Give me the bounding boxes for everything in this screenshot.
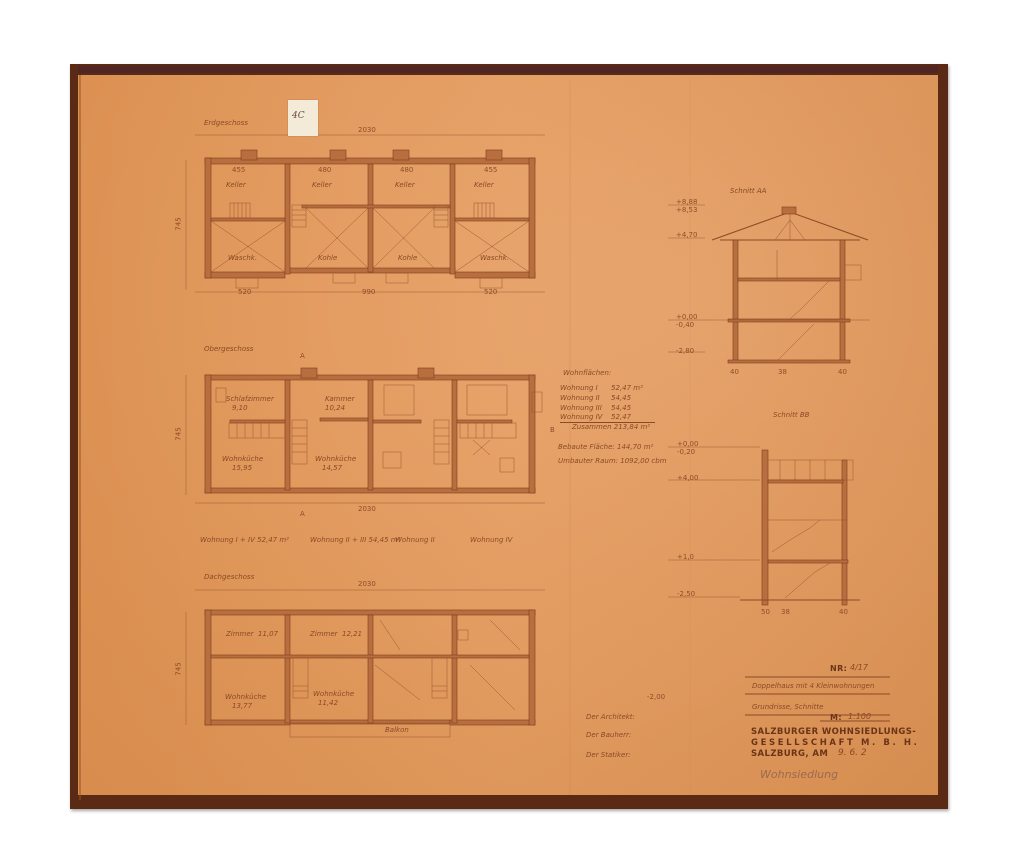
level-label: +8,53: [676, 206, 697, 214]
drawing-subject: Grundrisse, Schnitte: [752, 703, 823, 711]
areas-total: Zusammen 213,84 m²: [572, 423, 650, 431]
room-label: Wohnküche: [225, 693, 266, 701]
room-label: Keller: [474, 181, 494, 189]
paper-tag: 4C: [288, 100, 318, 136]
areas-row-label: Wohnung III: [560, 404, 602, 412]
first-floor-plan: [186, 368, 545, 503]
enclosed-volume: Umbauter Raum: 1092,00 cbm: [558, 457, 667, 465]
room-label: Kohle: [318, 254, 337, 262]
base-dim: 40: [839, 608, 848, 616]
paper-tag-text: 4C: [292, 111, 305, 121]
room-area: 11,42: [318, 699, 338, 707]
room-area: 9,10: [232, 404, 248, 412]
base-dim: 38: [778, 368, 787, 376]
room-label: Wohnküche: [313, 690, 354, 698]
first-floor-depth: 745: [175, 427, 183, 440]
room-label: Keller: [395, 181, 415, 189]
ground-dim-right: 520: [484, 288, 497, 296]
room-area: 13,77: [232, 702, 252, 710]
areas-row-label: Wohnung IV: [560, 413, 602, 421]
level-label: +4,00: [677, 474, 698, 482]
room-label: Waschk.: [228, 254, 257, 262]
signature-line-engineer: Der Statiker:: [586, 751, 631, 759]
areas-row-value: 54,45: [611, 404, 631, 412]
base-dim: 40: [730, 368, 739, 376]
areas-row-value: 52,47: [611, 413, 631, 421]
attic-floor-plan: [186, 590, 545, 737]
section-aa-drawing: [668, 205, 870, 363]
ground-floor-depth: 745: [175, 217, 183, 230]
level-label: +1,0: [677, 553, 694, 561]
areas-row-label: Wohnung I: [560, 384, 598, 392]
areas-title: Wohnflächen:: [563, 369, 611, 377]
section-bb-drawing: [668, 447, 860, 605]
unit-area-label: Wohnung II + III 54,45 m²: [310, 536, 400, 544]
room-label: Keller: [312, 181, 332, 189]
first-floor-width: 2030: [358, 505, 376, 513]
balcony-label: Balkon: [385, 726, 409, 734]
areas-row-label: Wohnung II: [560, 394, 600, 402]
ground-floor-title: Erdgeschoss: [204, 119, 248, 127]
base-dim: 38: [781, 608, 790, 616]
ground-dim-top-3: 480: [400, 166, 413, 174]
level-label: -2,80: [676, 347, 694, 355]
room-label: Kohle: [398, 254, 417, 262]
ground-dim-top-4: 455: [484, 166, 497, 174]
level-label: -0,40: [676, 321, 694, 329]
ground-dim-left: 520: [238, 288, 251, 296]
scale-label: M:: [830, 713, 842, 722]
signature: Wohnsiedlung: [760, 768, 838, 781]
room-area: 10,24: [325, 404, 345, 412]
ground-dim-mid: 990: [362, 288, 375, 296]
section-marker-a-bottom: A: [300, 510, 305, 518]
unit-area-label: Wohnung IV: [470, 536, 512, 544]
level-label: +4,70: [676, 231, 697, 239]
areas-row-value: 52,47 m²: [611, 384, 643, 392]
ground-floor-plan: [186, 135, 545, 292]
room-area: 11,07: [258, 630, 278, 638]
number-label: NR:: [830, 664, 847, 673]
company-line-3: SALZBURG, AM: [751, 749, 828, 759]
unit-area-label: Wohnung II: [395, 536, 435, 544]
built-area: Bebaute Fläche: 144,70 m²: [558, 443, 653, 451]
signature-line-architect: Der Architekt:: [586, 713, 635, 721]
attic-floor-title: Dachgeschoss: [204, 573, 254, 581]
level-label: -0,20: [677, 448, 695, 456]
room-area: 14,57: [322, 464, 342, 472]
room-label: Zimmer: [310, 630, 338, 638]
project-title: Doppelhaus mit 4 Kleinwohnungen: [752, 682, 874, 690]
section-bb-title: Schnitt BB: [773, 411, 809, 419]
ground-dim-top-1: 455: [232, 166, 245, 174]
room-label: Kammer: [325, 395, 354, 403]
room-label: Wohnküche: [222, 455, 263, 463]
signature-line-owner: Der Bauherr:: [586, 731, 631, 739]
level-label: +0,00: [676, 313, 697, 321]
scale-value: 1:100: [848, 712, 871, 721]
areas-row-value: 54,45: [611, 394, 631, 402]
attic-floor-width: 2030: [358, 580, 376, 588]
base-dim: 40: [838, 368, 847, 376]
room-area: 12,21: [342, 630, 362, 638]
level-label: -2,50: [677, 590, 695, 598]
room-label: Zimmer: [226, 630, 254, 638]
ground-floor-width: 2030: [358, 126, 376, 134]
ground-dim-top-2: 480: [318, 166, 331, 174]
height-note: -2,00: [647, 693, 665, 701]
room-label: Wohnküche: [315, 455, 356, 463]
room-label: Keller: [226, 181, 246, 189]
room-area: 15,95: [232, 464, 252, 472]
room-label: Waschk.: [480, 254, 509, 262]
level-label: +8,88: [676, 198, 697, 206]
number-value: 4/17: [850, 663, 868, 672]
date-value: 9. 6. 2: [838, 748, 867, 758]
section-aa-title: Schnitt AA: [730, 187, 766, 195]
attic-floor-depth: 745: [175, 662, 183, 675]
base-dim: 50: [761, 608, 770, 616]
section-marker-a: A: [300, 352, 305, 360]
section-marker-b: B: [550, 426, 555, 434]
level-label: +0,00: [677, 440, 698, 448]
company-line-2: GESELLSCHAFT M. B. H.: [751, 738, 919, 748]
room-label: Schlafzimmer: [226, 395, 274, 403]
unit-area-label: Wohnung I + IV 52,47 m²: [200, 536, 289, 544]
company-line-1: SALZBURGER WOHNSIEDLUNGS-: [751, 727, 916, 737]
first-floor-title: Obergeschoss: [204, 345, 253, 353]
